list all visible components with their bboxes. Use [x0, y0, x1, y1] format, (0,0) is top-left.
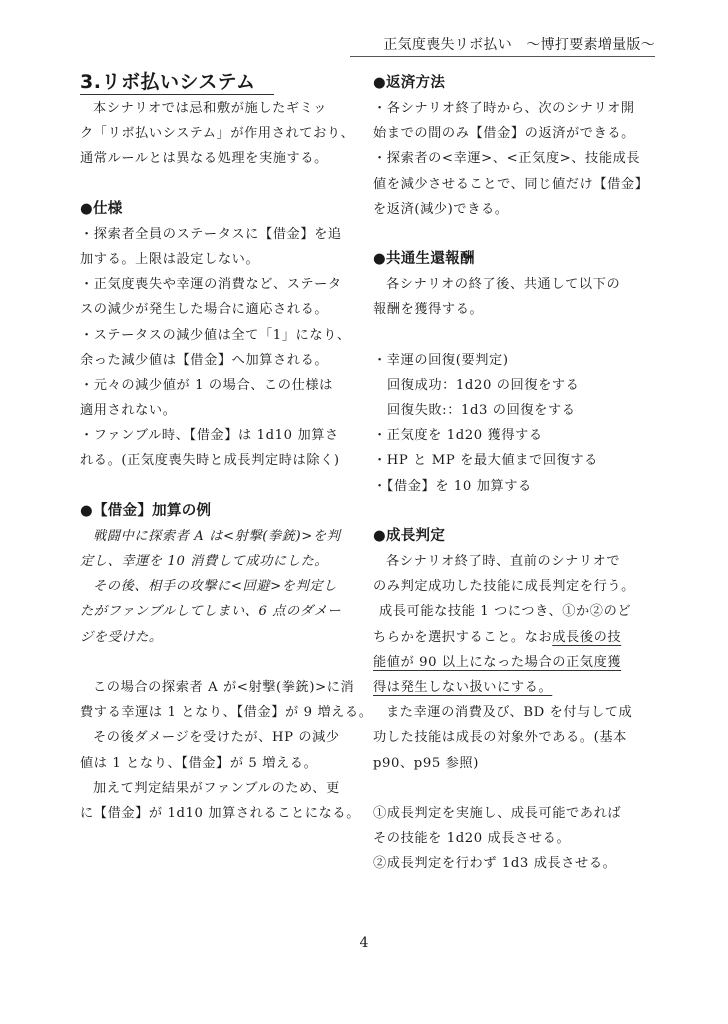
right-column: ●返済方法 ・各シナリオ終了時から、次のシナリオ開 始までの間のみ【借金】の返済… [373, 70, 658, 876]
text-line: ・探索者全員のステータスに【借金】を追 [80, 222, 365, 247]
growth-options: ①成長判定を実施し、成長可能であれば その技能を 1d20 成長させる。 ②成長… [373, 801, 658, 877]
text-line: ・ファンブル時、【借金】は 1d10 加算さ [80, 423, 365, 448]
underlined-note: 得は発生しない扱いにする。 [373, 680, 552, 695]
text-line: に【借金】が 1d10 加算されることになる。 [80, 801, 365, 826]
text-line: この場合の探索者 A が<射撃(拳銃)>に消 [80, 675, 365, 700]
spec-heading: ●仕様 [80, 197, 365, 222]
text-segment: ちらかを選択すること。なお [373, 630, 552, 645]
reward-list: ・幸運の回復(要判定) 回復成功：1d20 の回復をする 回復失敗:：1d3 の… [373, 348, 658, 499]
text-line: ・ステータスの減少値は全て「1」になり、 [80, 323, 365, 348]
text-line: 適用されない。 [80, 398, 365, 423]
text-line: 各シナリオ終了時、直前のシナリオで [373, 549, 658, 574]
growth-paragraph: 各シナリオ終了時、直前のシナリオで のみ判定成功した技能に成長判定を行う。 成長… [373, 549, 658, 700]
list-item: 回復成功：1d20 の回復をする [373, 373, 658, 398]
reward-intro: 各シナリオの終了後、共通して以下の 報酬を獲得する。 [373, 272, 658, 322]
text-line: 値は 1 となり、【借金】が 5 増える。 [80, 751, 365, 776]
text-line: スの減少が発生した場合に適応される。 [80, 297, 365, 322]
text-line: 戦闘中に探索者 A は<射撃(拳銃)>を判 [80, 524, 365, 549]
text-line: を返済(減少)できる。 [373, 197, 658, 222]
list-item: その技能を 1d20 成長させる。 [373, 826, 658, 851]
list-item: ・正気度を 1d20 獲得する [373, 423, 658, 448]
text-line: 加する。上限は設定しない。 [80, 247, 365, 272]
spec-list: ・探索者全員のステータスに【借金】を追 加する。上限は設定しない。 ・正気度喪失… [80, 222, 365, 474]
text-line: 加えて判定結果がファンブルのため、更 [80, 776, 365, 801]
example-scenario: 戦闘中に探索者 A は<射撃(拳銃)>を判 定し、幸運を 10 消費して成功にし… [80, 524, 365, 650]
text-line: 通常ルールとは異なる処理を実施する。 [80, 146, 365, 171]
underlined-note: 能値が 90 以上になった場合の正気度獲 [373, 655, 621, 670]
running-header: 正気度喪失リボ払い 〜博打要素増量版〜 [350, 36, 655, 57]
text-line: 費する幸運は 1 となり、【借金】が 9 増える。 [80, 700, 365, 725]
text-line: 報酬を獲得する。 [373, 297, 658, 322]
section-title: 3.リボ払いシステム [80, 70, 274, 95]
reward-heading: ●共通生還報酬 [373, 247, 658, 272]
left-column: 3.リボ払いシステム 本シナリオでは忌和敷が施したギミッ ク「リボ払いシステム」… [80, 70, 365, 826]
text-line: その後ダメージを受けたが、HP の減少 [80, 725, 365, 750]
text-line: たがファンブルしてしまい、6 点のダメー [80, 599, 365, 624]
page-number: 4 [0, 935, 728, 951]
text-line: ・正気度喪失や幸運の消費など、ステータ [80, 272, 365, 297]
repayment-heading: ●返済方法 [373, 70, 658, 96]
text-line: また幸運の消費及び、BD を付与して成 [373, 700, 658, 725]
text-line: p90、p95 参照) [373, 751, 658, 776]
underlined-note: 成長後の技 [552, 630, 621, 645]
text-line: その後、相手の攻撃に<回避>を判定し [80, 574, 365, 599]
text-line: ジを受けた。 [80, 625, 365, 650]
text-line: ク「リボ払いシステム」が作用されており、 [80, 121, 365, 146]
section-title-wrap: 3.リボ払いシステム [80, 70, 365, 96]
list-item: 回復失敗:：1d3 の回復をする [373, 398, 658, 423]
text-line: 成長可能な技能 1 つにつき、①か②のど [373, 599, 658, 624]
growth-note: また幸運の消費及び、BD を付与して成 功した技能は成長の対象外である。(基本 … [373, 700, 658, 776]
text-line: ・探索者の<幸運>、<正気度>、技能成長 [373, 146, 658, 171]
text-line: 始までの間のみ【借金】の返済ができる。 [373, 121, 658, 146]
example-explanation: この場合の探索者 A が<射撃(拳銃)>に消 費する幸運は 1 となり、【借金】… [80, 675, 365, 826]
text-line: 余った減少値は【借金】へ加算される。 [80, 348, 365, 373]
text-line: 本シナリオでは忌和敷が施したギミッ [80, 96, 365, 121]
example-heading: ●【借金】加算の例 [80, 499, 365, 524]
text-line: れる。(正気度喪失時と成長判定時は除く) [80, 448, 365, 473]
growth-heading: ●成長判定 [373, 524, 658, 549]
text-line: ・各シナリオ終了時から、次のシナリオ開 [373, 96, 658, 121]
list-item: ②成長判定を行わず 1d3 成長させる。 [373, 851, 658, 876]
text-line: のみ判定成功した技能に成長判定を行う。 [373, 574, 658, 599]
text-line: ちらかを選択すること。なお成長後の技 [373, 625, 658, 650]
repayment-list: ・各シナリオ終了時から、次のシナリオ開 始までの間のみ【借金】の返済ができる。 … [373, 96, 658, 222]
text-line: 定し、幸運を 10 消費して成功にした。 [80, 549, 365, 574]
text-line: 各シナリオの終了後、共通して以下の [373, 272, 658, 297]
intro-paragraph: 本シナリオでは忌和敷が施したギミッ ク「リボ払いシステム」が作用されており、 通… [80, 96, 365, 172]
text-line: 功した技能は成長の対象外である。(基本 [373, 725, 658, 750]
list-item: ・【借金】を 10 加算する [373, 474, 658, 499]
list-item: ・HP と MP を最大値まで回復する [373, 448, 658, 473]
text-line: 値を減少させることで、同じ値だけ【借金】 [373, 172, 658, 197]
text-line: ・元々の減少値が 1 の場合、この仕様は [80, 373, 365, 398]
list-item: ・幸運の回復(要判定) [373, 348, 658, 373]
list-item: ①成長判定を実施し、成長可能であれば [373, 801, 658, 826]
